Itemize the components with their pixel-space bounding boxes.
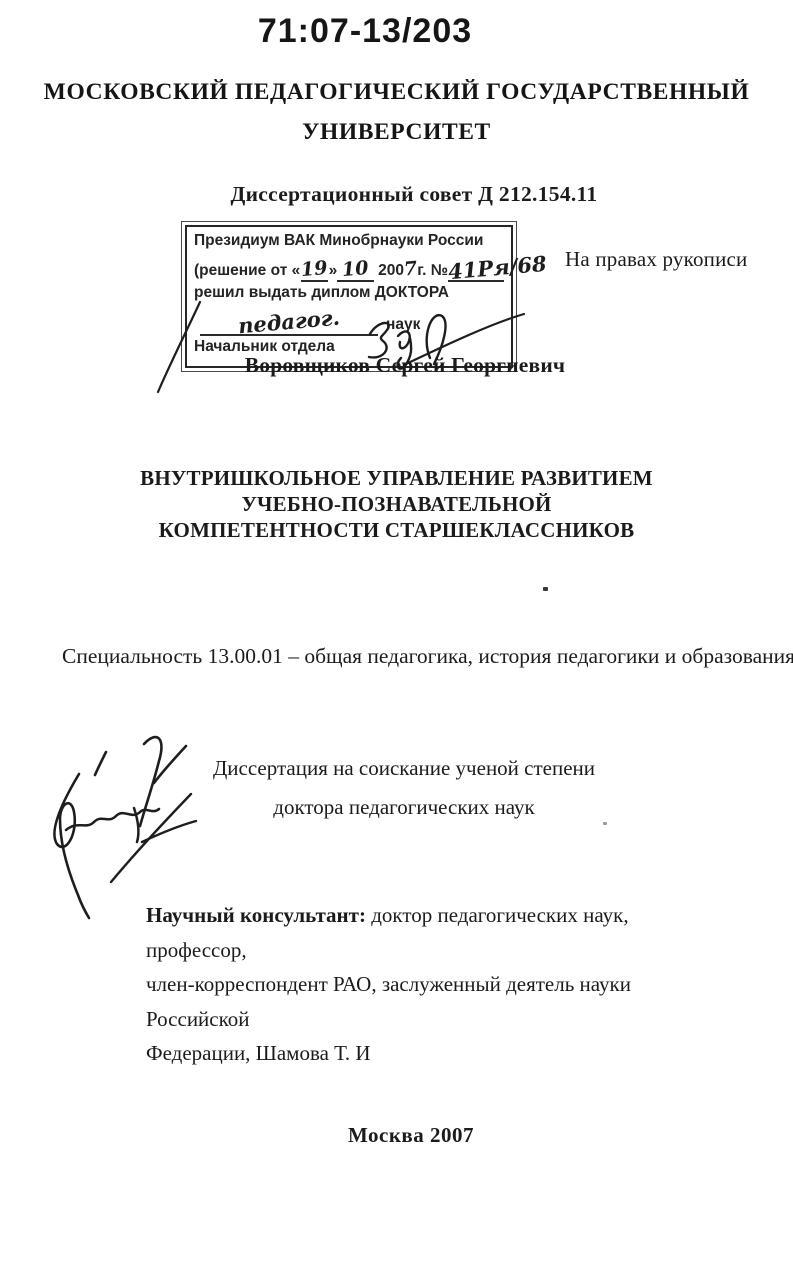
stamp-year-suffix: г. № [417, 262, 448, 280]
stamp-month-blank: 10 [337, 260, 374, 282]
author-name: Воровщиков Сергей Георгиевич [20, 353, 790, 378]
consultant-line2: член-корреспондент РАО, заслуженный деят… [146, 967, 726, 1036]
handwritten-day: 19 [300, 259, 328, 280]
consultant-line1: Научный консультант: доктор педагогическ… [146, 898, 726, 967]
stamp-slash-stroke [152, 300, 204, 396]
council-line: Диссертационный совет Д 212.154.11 [34, 182, 793, 207]
university-line2: УНИВЕРСИТЕТ [0, 112, 793, 152]
consultant-line3: Федерации, Шамова Т. И [146, 1036, 726, 1071]
consultant-label: Научный консультант: [146, 903, 366, 927]
stamp-line-decision: (решение от «19»102007г. №41Ря/68 [194, 257, 504, 284]
handwritten-year-digit: 7 [403, 259, 418, 279]
university-line1: МОСКОВСКИЙ ПЕДАГОГИЧЕСКИЙ ГОСУДАРСТВЕННЫ… [0, 72, 793, 112]
handwritten-number: 41Ря/68 [447, 253, 547, 283]
university-name: МОСКОВСКИЙ ПЕДАГОГИЧЕСКИЙ ГОСУДАРСТВЕННЫ… [0, 72, 793, 152]
title-line1: ВНУТРИШКОЛЬНОЕ УПРАВЛЕНИЕ РАЗВИТИЕМ [0, 465, 793, 491]
author-signature [16, 712, 228, 924]
specialty-line: Специальность 13.00.01 – общая педагогик… [62, 644, 782, 669]
ink-speck-faint [603, 822, 607, 825]
city-year: Москва 2007 [30, 1123, 792, 1148]
stamp-day-blank: 19 [301, 260, 327, 282]
title-line2: УЧЕБНО-ПОЗНАВАТЕЛЬНОЙ [0, 491, 793, 517]
stamp-year-printed: 200 [378, 262, 404, 280]
stamp-number-blank: 41Ря/68 [448, 257, 504, 282]
ink-speck [543, 587, 548, 591]
handwritten-degree: педагог. [237, 307, 340, 337]
stamp-line-presidium: Президиум ВАК Минобрнауки России [194, 230, 504, 257]
dissertation-title: ВНУТРИШКОЛЬНОЕ УПРАВЛЕНИЕ РАЗВИТИЕМ УЧЕБ… [0, 465, 793, 543]
consultant-block: Научный консультант: доктор педагогическ… [146, 898, 726, 1071]
scanned-page: { "colors": { "ink": "#1b1b1b", "paper":… [0, 0, 793, 1267]
stamp-quote-close: » [329, 262, 338, 280]
manuscript-note: На правах рукописи [565, 247, 748, 272]
doc-number: 71:07-13/203 [0, 12, 730, 51]
handwritten-month: 10 [342, 259, 370, 280]
stamp-presidium-text: Президиум ВАК Минобрнауки России [194, 232, 483, 250]
title-line3: КОМПЕТЕНТНОСТИ СТАРШЕКЛАССНИКОВ [0, 517, 793, 543]
stamp-decision-prefix: (решение от « [194, 262, 300, 280]
